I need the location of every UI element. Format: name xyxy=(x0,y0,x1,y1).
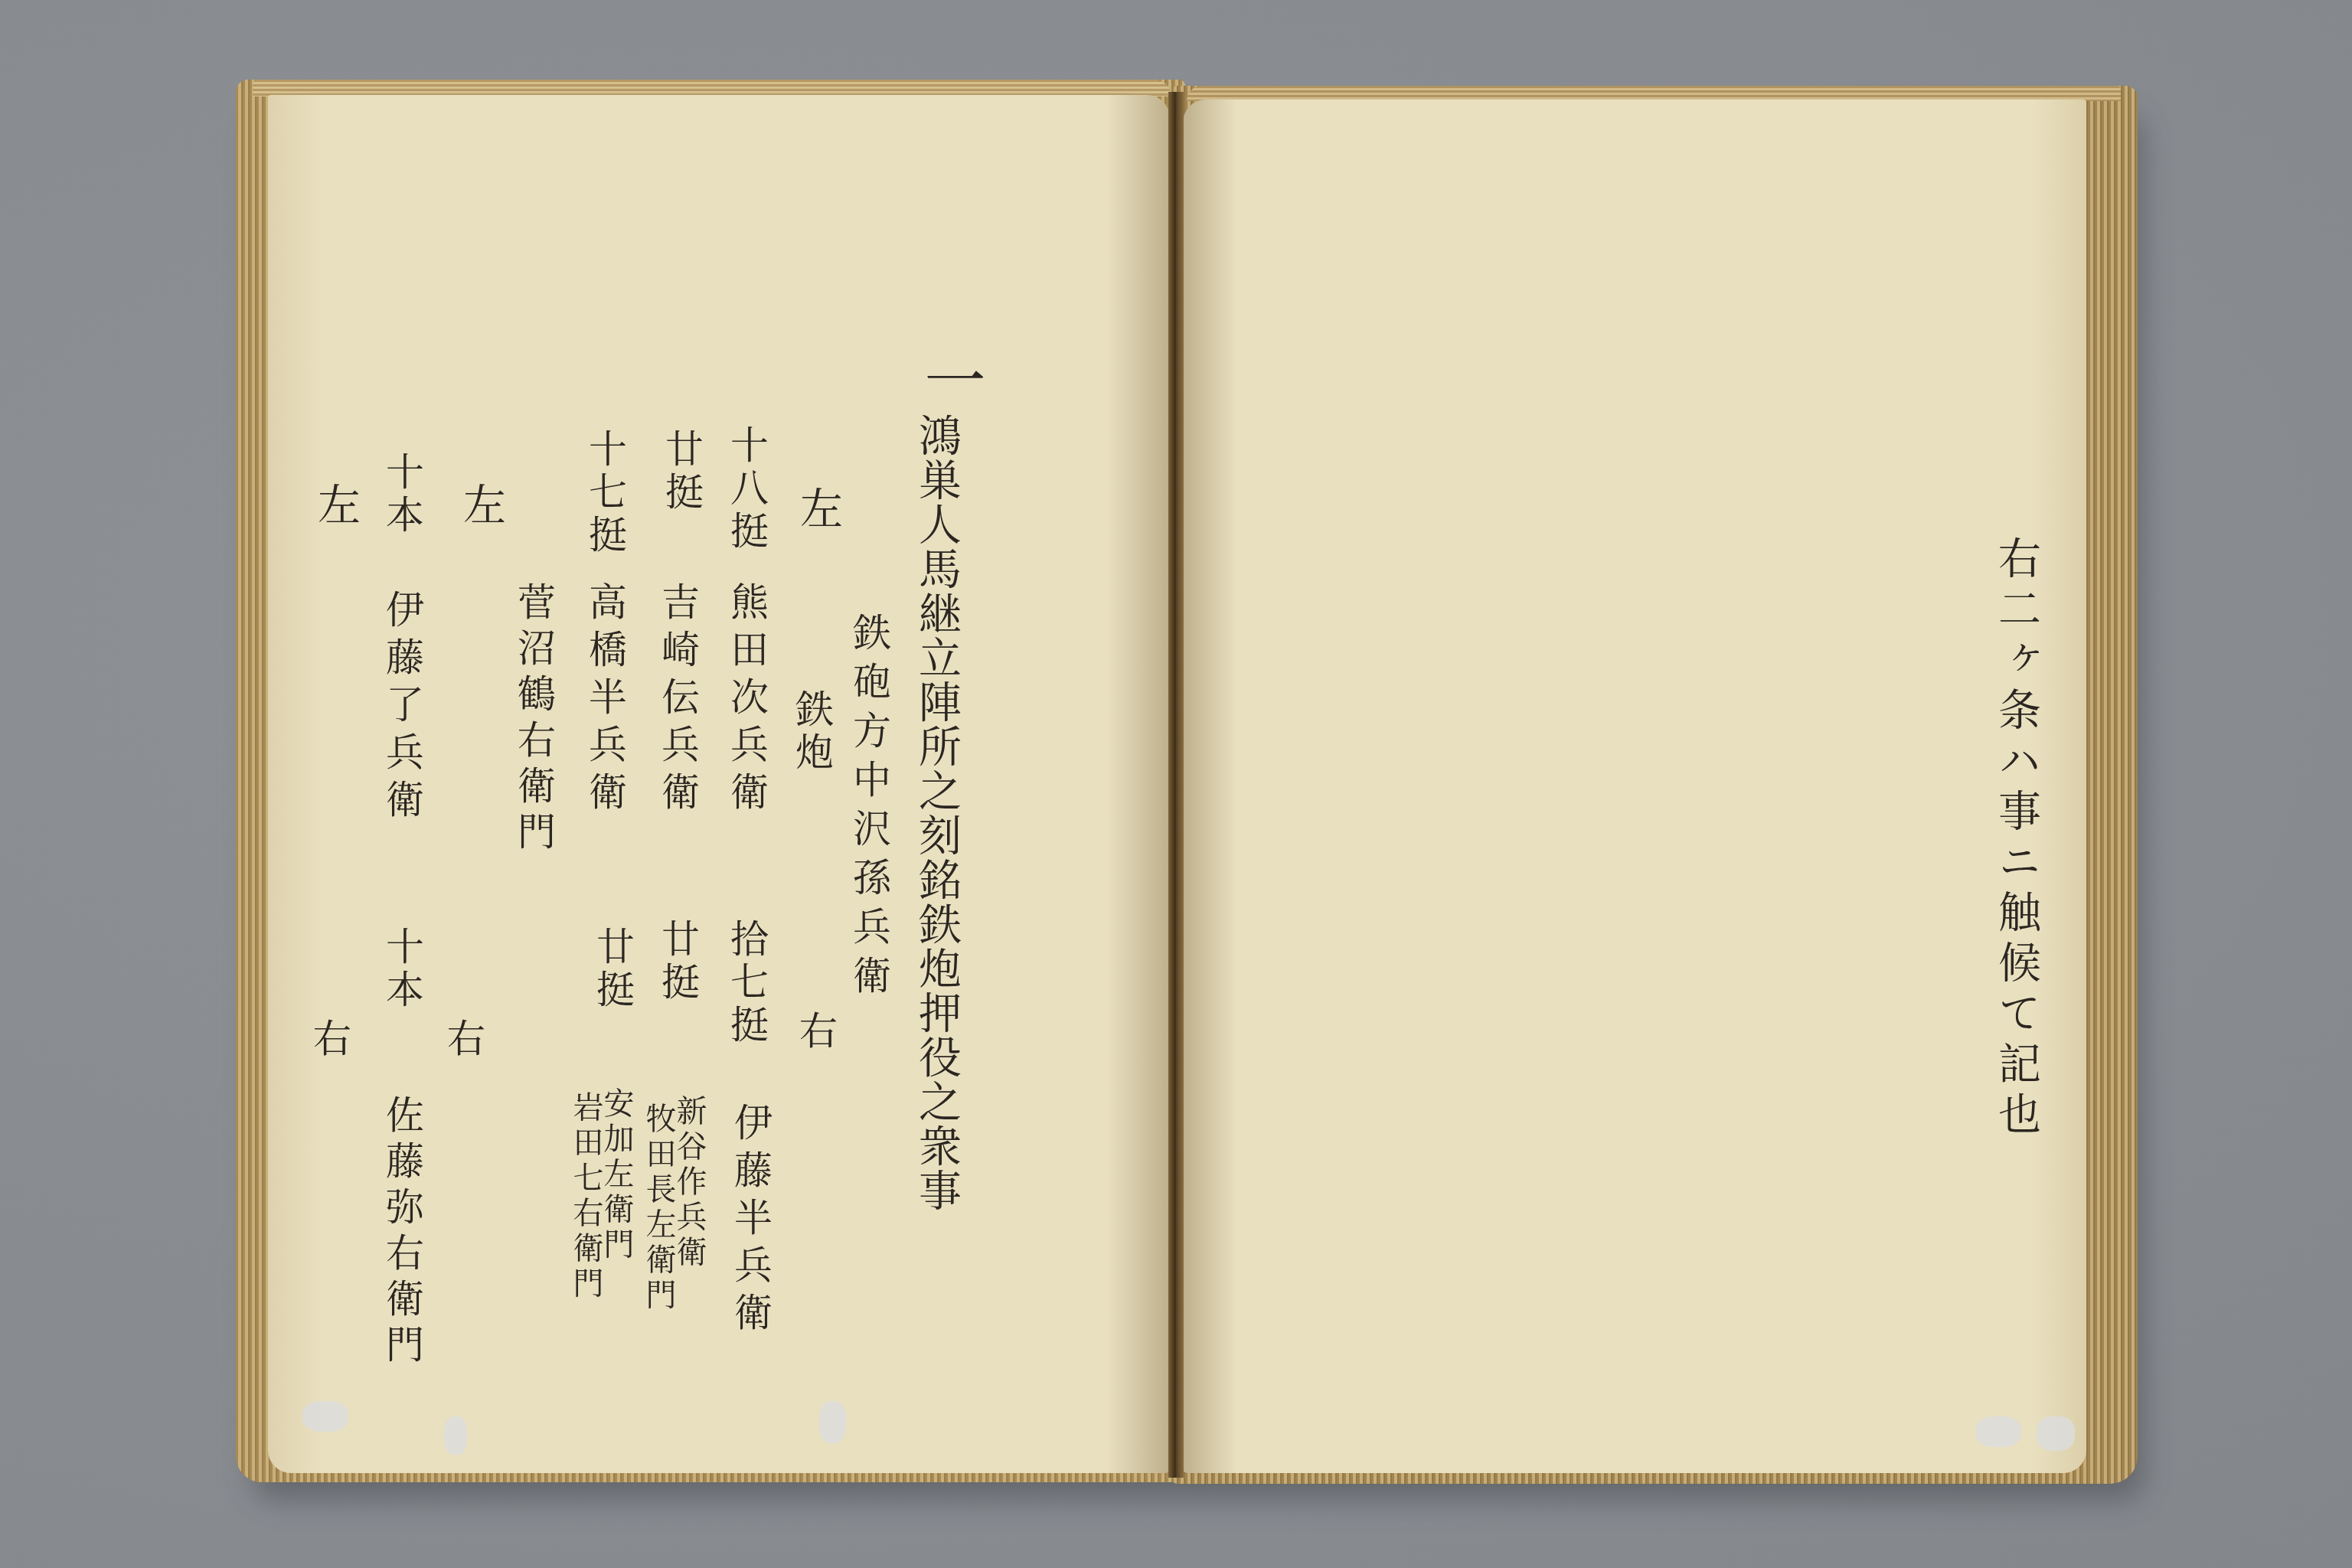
text-column: 左 xyxy=(459,482,502,530)
paper-damage xyxy=(819,1401,846,1443)
text-column: 岩田七右衛門 xyxy=(570,1091,601,1302)
text-column: 左 xyxy=(314,482,357,530)
text-column: 左 xyxy=(796,486,839,534)
left-top-edge xyxy=(253,80,1171,96)
text-column: 安加左衛門 xyxy=(601,1087,632,1263)
text-column: 伊藤半兵衛 xyxy=(731,1102,769,1340)
text-column: 牧田長左衛門 xyxy=(643,1102,674,1314)
text-column: 廿挺 xyxy=(593,926,632,1012)
text-column: 右 xyxy=(796,1011,835,1053)
right-top-edge xyxy=(1187,86,2121,101)
text-column: 廿挺 xyxy=(658,919,697,1004)
text-column: 鉄炮 xyxy=(792,689,831,775)
text-column: 右 xyxy=(310,1018,348,1061)
paper-damage xyxy=(302,1401,348,1432)
right-page xyxy=(1183,100,2086,1473)
text-column: 菅沼鶴右衛門 xyxy=(514,582,553,857)
text-column: 鉄砲方中沢孫兵衛 xyxy=(850,612,888,1004)
text-column: 熊田次兵衛 xyxy=(727,582,766,819)
text-column: 十本 xyxy=(383,452,421,537)
text-column: 廿挺 xyxy=(662,429,701,514)
text-column: 吉崎伝兵衛 xyxy=(658,582,697,819)
text-column: 拾七挺 xyxy=(727,919,766,1047)
text-column: 佐藤弥右衛門 xyxy=(383,1095,421,1370)
book-gutter xyxy=(1168,92,1184,1478)
text-column: 高橋半兵衛 xyxy=(586,582,624,819)
text-column: 鴻巣人馬継立陣所之刻銘鉄炮押役之衆事 xyxy=(915,413,958,1213)
paper-damage xyxy=(2037,1416,2075,1451)
paper-damage xyxy=(1975,1416,2021,1447)
heading-mark: 一 xyxy=(919,348,980,414)
text-column: 十八挺 xyxy=(727,425,766,554)
text-column: 右 xyxy=(444,1018,482,1061)
text-column: 新谷作兵衛 xyxy=(674,1095,704,1271)
text-column: 十本 xyxy=(383,926,421,1012)
text-column: 十七挺 xyxy=(586,429,624,557)
paper-damage xyxy=(444,1416,467,1455)
text-column: 右二ヶ条ハ事ニ触候て記也 xyxy=(1994,536,2037,1142)
text-column: 伊藤了兵衛 xyxy=(383,590,421,827)
